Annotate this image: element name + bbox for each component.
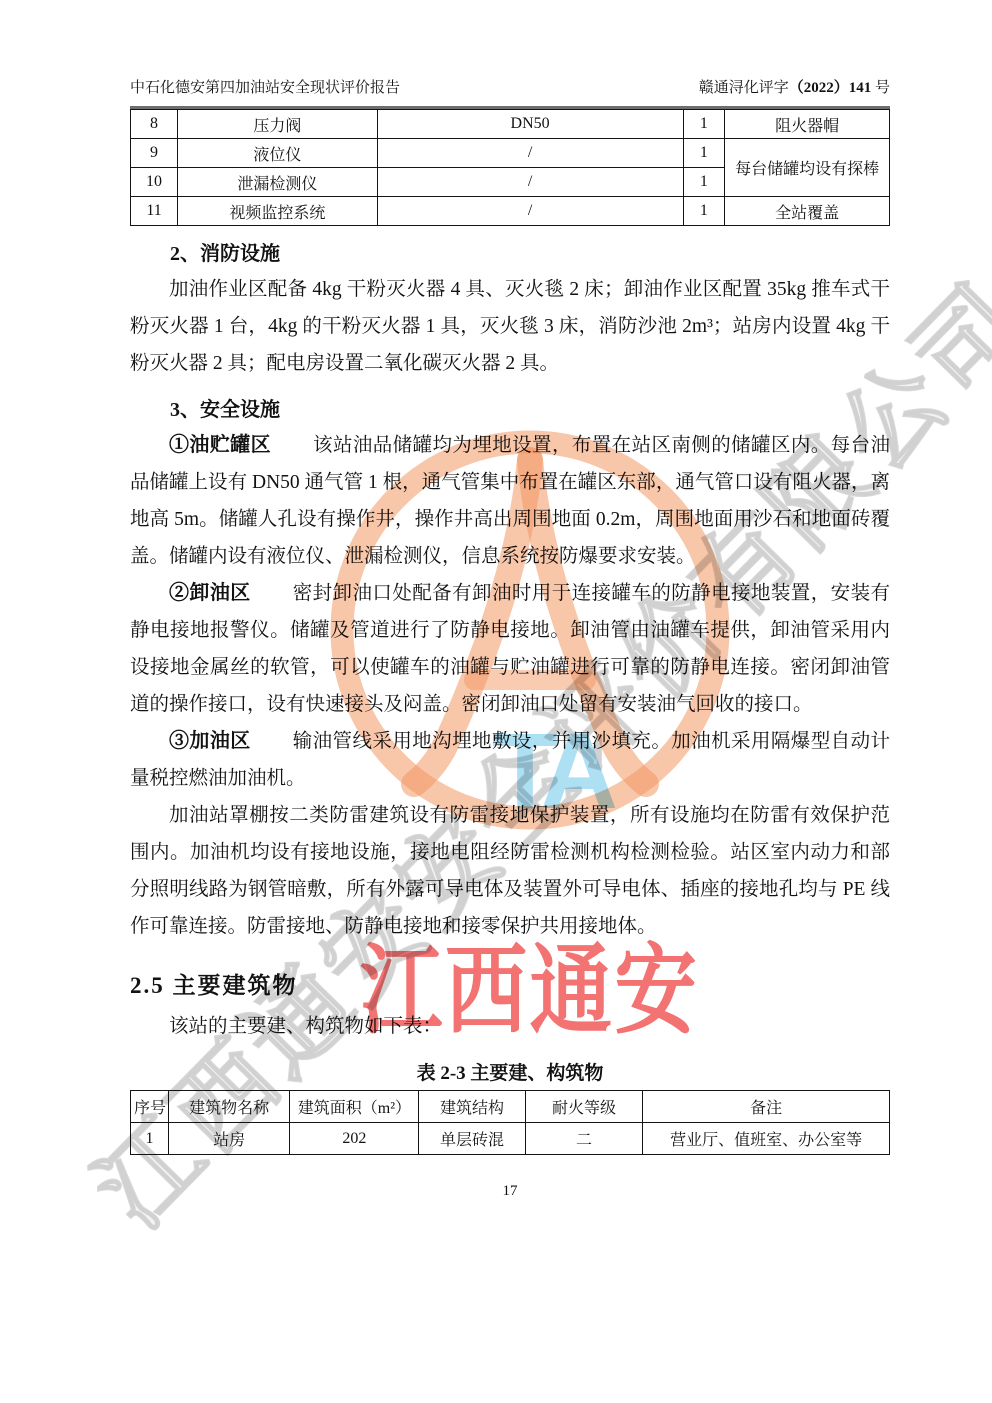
cell-spec: /: [377, 139, 683, 168]
cell-spec: /: [377, 168, 683, 197]
item-tank-area-paragraph: ①油贮罐区该站油品储罐均为埋地设置，布置在站区南侧的储罐区内。每台油品储罐上设有…: [130, 427, 890, 575]
cell-spec: DN50: [377, 110, 683, 139]
section-2-paragraph: 加油作业区配备 4kg 干粉灭火器 4 具、灭火毯 2 床；卸油作业区配置 35…: [130, 271, 890, 382]
section-3-safety-facilities-heading: 3、安全设施: [130, 393, 890, 422]
docnumber-value: （2022）141: [789, 80, 872, 96]
docnumber-suffix: 号: [871, 80, 890, 96]
table-row: 9 液位仪 / 1 每台储罐均设有探棒: [131, 139, 890, 168]
cell-fire-rating: 二: [525, 1123, 643, 1155]
table-row: 1 站房 202 单层砖混 二 营业厅、值班室、办公室等: [131, 1123, 890, 1155]
cell-no: 11: [131, 197, 178, 226]
cell-no: 1: [131, 1123, 169, 1155]
cell-name: 液位仪: [178, 139, 378, 168]
cell-qty: 1: [683, 197, 725, 226]
item-refueling-area-paragraph: ③加油区输油管线采用地沟埋地敷设，并用沙填充。加油机采用隔爆型自动计量税控燃油加…: [130, 723, 890, 797]
table-row: 8 压力阀 DN50 1 阻火器帽: [131, 110, 890, 139]
cell-qty: 1: [683, 110, 725, 139]
equipment-table: 8 压力阀 DN50 1 阻火器帽 9 液位仪 / 1 每台储罐均设有探棒 10…: [130, 109, 890, 226]
cell-no: 9: [131, 139, 178, 168]
cell-building: 站房: [168, 1123, 289, 1155]
cell-note-merged: 每台储罐均设有探棒: [725, 139, 890, 197]
page-header: 中石化德安第四加油站安全现状评价报告 赣通浔化评字（2022）141 号: [130, 76, 890, 109]
table-row: 11 视频监控系统 / 1 全站覆盖: [131, 197, 890, 226]
col-header: 备注: [643, 1091, 890, 1123]
section-2-5-heading: 2.5 主要建筑物: [130, 967, 890, 1000]
document-page: 中石化德安第四加油站安全现状评价报告 赣通浔化评字（2022）141 号 8 压…: [0, 0, 992, 1200]
cell-name: 泄漏检测仪: [178, 168, 378, 197]
cell-name: 视频监控系统: [178, 197, 378, 226]
section-2-fire-facilities-heading: 2、消防设施: [130, 237, 890, 266]
cell-spec: /: [377, 197, 683, 226]
table-2-3-caption: 表 2-3 主要建、构筑物: [130, 1058, 890, 1085]
cell-note: 阻火器帽: [725, 110, 890, 139]
header-right-docnumber: 赣通浔化评字（2022）141 号: [699, 76, 890, 97]
cell-note: 全站覆盖: [725, 197, 890, 226]
page-number: 17: [130, 1183, 890, 1200]
col-header: 耐火等级: [525, 1091, 643, 1123]
cell-qty: 1: [683, 168, 725, 197]
col-header: 建筑物名称: [168, 1091, 289, 1123]
col-header: 建筑结构: [419, 1091, 525, 1123]
cell-structure: 单层砖混: [419, 1123, 525, 1155]
cell-no: 8: [131, 110, 178, 139]
cell-no: 10: [131, 168, 178, 197]
lightning-protection-paragraph: 加油站罩棚按二类防雷建筑设有防雷接地保护装置，所有设施均在防雷有效保护范围内。加…: [130, 797, 890, 945]
col-header: 建筑面积（m²）: [290, 1091, 419, 1123]
docnumber-prefix: 赣通浔化评字: [699, 80, 789, 96]
cell-area: 202: [290, 1123, 419, 1155]
table-header-row: 序号 建筑物名称 建筑面积（m²） 建筑结构 耐火等级 备注: [131, 1091, 890, 1123]
item-refueling-area-label: ③加油区: [169, 730, 251, 752]
cell-qty: 1: [683, 139, 725, 168]
item-unloading-area-label: ②卸油区: [169, 582, 251, 604]
item-unloading-area-paragraph: ②卸油区密封卸油口处配备有卸油时用于连接罐车的防静电接地装置，安装有静电接地报警…: [130, 575, 890, 723]
cell-remark: 营业厅、值班室、办公室等: [643, 1123, 890, 1155]
cell-name: 压力阀: [178, 110, 378, 139]
header-left-title: 中石化德安第四加油站安全现状评价报告: [130, 76, 400, 97]
col-header: 序号: [131, 1091, 169, 1123]
section-2-5-intro: 该站的主要建、构筑物如下表：: [130, 1008, 890, 1045]
buildings-table: 序号 建筑物名称 建筑面积（m²） 建筑结构 耐火等级 备注 1 站房 202 …: [130, 1090, 890, 1155]
item-tank-area-label: ①油贮罐区: [169, 434, 271, 456]
